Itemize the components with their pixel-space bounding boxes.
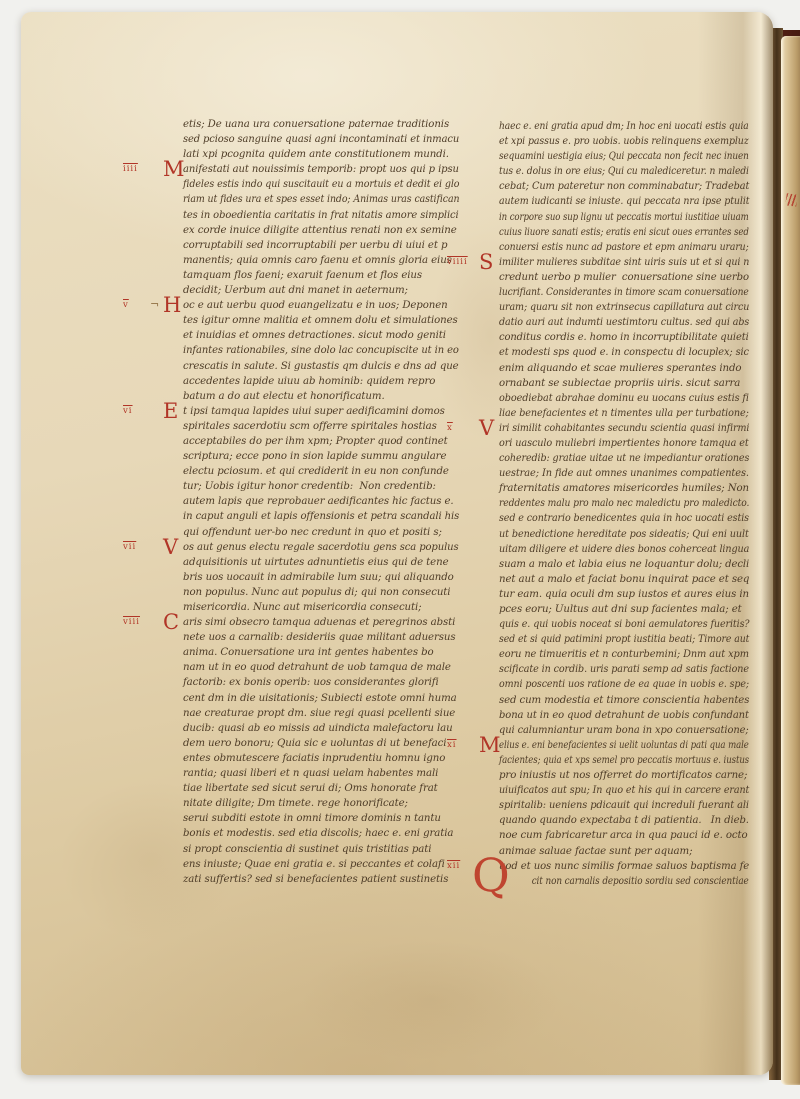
text-line: si propt conscientia di sustinet quis tr… [183,842,459,857]
text-line: tur; Uobis igitur honor credentib: Non c… [183,479,459,494]
text-line: ut benedictione hereditate pos sideatis;… [499,527,736,542]
text-line: coheredib: gratiae uitae ut ne impediant… [499,451,733,466]
margin-chapter-numeral: viiii [447,258,468,267]
text-line: scriptura; ecce pono in sion lapide summ… [183,449,459,464]
photo-background: { "colors":{ "background":"#f1f1ee","par… [0,0,800,1099]
manuscript-paragraph: haec e. eni gratia apud dm; In hoc eni u… [499,119,749,255]
text-line: fideles estis indo qui suscitauit eu a m… [183,177,440,192]
right-text-column: haec e. eni gratia apud dm; In hoc eni u… [499,119,749,889]
text-line: autem lapis que reprobauer aedificantes … [183,494,459,509]
text-line: misericordia. Nunc aut misericordia cons… [183,600,459,615]
text-line: ornabant se subiectae propriis uiris. si… [499,376,749,391]
text-line: uram; quaru sit non extrinsecus capillat… [499,300,732,315]
rubric-initial: M [479,735,500,756]
text-line: pro iniustis ut nos offerret do mortific… [499,768,749,783]
text-line: tur eam. quia oculi dm sup iustos et aur… [499,587,749,602]
text-line: enim aliquando et scae mulieres sperante… [499,361,749,376]
text-line: oc e aut uerbu quod euangelizatu e in uo… [183,298,459,313]
text-line: non populus. Nunc aut populus di; qui no… [183,585,459,600]
text-line: uitam diligere et uidere dies bonos cohe… [499,542,735,557]
manuscript-paragraph: iiiiManifestati aut nouissimis temporib:… [183,162,459,298]
rubric-initial: Q [472,852,510,898]
text-line: haec e. eni gratia apud dm; In hoc eni u… [499,119,723,134]
text-line: uiuificatos aut spu; In quo et his qui i… [499,783,733,798]
margin-chapter-numeral: xii [447,862,460,871]
left-text-column: etis; De uana ura conuersatione paternae… [183,117,459,887]
text-line: tes igitur omne malitia et omnem dolu et… [183,313,459,328]
text-line: sed et si quid patimini propt iustitia b… [499,632,729,647]
text-line: spiritalib: ueniens pdicauit qui incredu… [499,798,740,813]
margin-chapter-numeral: iiii [123,165,138,174]
rubric-initial: C [163,612,179,633]
manuscript-paragraph: xViri similit cohabitantes secundu scien… [499,421,749,738]
rubric-initial: S [479,252,493,273]
manuscript-paragraph: viEt ipsi tamqua lapides uiui super aedi… [183,404,459,540]
text-line: adquisitionis ut uirtutes adnuntietis ei… [183,555,459,570]
text-line: cuius liuore sanati estis; eratis eni si… [499,225,711,240]
text-line: factorib: ex bonis operib: uos considera… [183,675,459,690]
margin-chapter-numeral: viii [123,618,140,627]
text-line: datio auri aut indumti uestimtoru cultus… [499,315,733,330]
text-line: pces eoru; Uultus aut dni sup facientes … [499,602,749,617]
text-line: animae saluae factae sunt per aquam; [499,844,749,859]
text-line: qui offendunt uer-bo nec credunt in quo … [183,525,459,540]
text-line: etis; De uana ura conuersatione paternae… [183,117,459,132]
text-line: et xpi passus e. pro uobis. uobis relinq… [499,134,730,149]
text-line: bona ut in eo quod detrahunt de uobis co… [499,708,744,723]
text-line: tes in oboedientia caritatis in frat nit… [183,208,452,223]
text-line: et modesti sps quod e. in conspectu di l… [499,345,739,360]
text-line: accedentes lapide uiuu ab hominib: quide… [183,374,459,389]
text-line: spiritales sacerdotiu scm offerre spirit… [183,419,459,434]
text-line: crescatis in salute. Si gustastis qm dul… [183,359,458,374]
text-line: tamquam flos faeni; exaruit faenum et fl… [183,268,459,283]
text-line: serui subditi estote in omni timore domi… [183,811,459,826]
text-line: net aut a malo et faciat bonu inquirat p… [499,572,749,587]
text-line: nae creaturae propt dm. siue regi quasi … [183,706,459,721]
margin-chapter-numeral: x [447,424,453,433]
text-line: lati xpi pcognita quidem ante constituti… [183,147,459,162]
text-line: nitate diligite; Dm timete. rege honorif… [183,796,459,811]
text-line: liae benefacientes et n timentes ulla pe… [499,406,736,421]
text-line: ens iniuste; Quae eni gratia e. si pecca… [183,857,459,872]
margin-chapter-numeral: vii [123,543,136,552]
text-line: conditus cordis e. homo in incorruptibil… [499,330,743,345]
text-line: corruptabili sed incorruptabili per uerb… [183,238,459,253]
text-line: dem uero bonoru; Quia sic e uoluntas di … [183,736,459,751]
text-line: reddentes malu pro malo nec maledictu pr… [499,496,724,511]
text-line: zati suffertis? sed si benefacientes pat… [183,872,459,887]
manuscript-paragraph: v¬Hoc e aut uerbu quod euangelizatu e in… [183,298,459,404]
text-line: tus e. dolus in ore eius; Qui cu maledic… [499,164,724,179]
text-line: facientes; quia et xps semel pro peccati… [499,753,709,768]
manuscript-paragraph: xiiQuod et uos nunc similis formae saluo… [499,859,749,889]
text-line: nete uos a carnalib: desideriis quae mil… [183,630,459,645]
text-line: bonis et modestis. sed etia discolis; ha… [183,826,459,841]
text-line: fraternitatis amatores misericordes humi… [499,481,748,496]
text-line: anima. Conuersatione ura int gentes habe… [183,645,459,660]
text-line: anifestati aut nouissimis temporib: prop… [183,162,454,177]
text-line: cit non carnalis depositio sordiu sed co… [499,874,716,889]
rubric-initial: M [163,159,184,180]
manuscript-paragraph: etis; De uana ura conuersatione paternae… [183,117,459,162]
text-line: riam ut fides ura et spes esset indo; An… [183,192,438,207]
text-line: entes obmutescere faciatis inprudentiu h… [183,751,459,766]
manuscript-paragraph: xiMelius e. eni benefacientes si uelit u… [499,738,749,859]
text-line: quando quando expectaba t di patientia. … [499,813,746,828]
text-line: omni poscenti uos ratione de ea quae in … [499,677,731,692]
text-line: infantes rationabiles, sine dolo lac con… [183,343,453,358]
text-line: nam ut in eo quod detrahunt de uob tamqu… [183,660,459,675]
text-line: lucrifiant. Considerantes in timore scam… [499,285,722,300]
text-line: electu pciosum. et qui crediderit in eu … [183,464,459,479]
text-line: qui calumniantur uram bona in xpo conuer… [499,723,741,738]
text-line: rantia; quasi liberi et n quasi uelam ha… [183,766,459,781]
margin-chapter-numeral: vi [123,407,133,416]
text-line: in caput anguli et lapis offensionis et … [183,509,455,524]
text-line: ori uasculo muliebri impertientes honore… [499,436,737,451]
rubric-initial: V [163,537,178,558]
text-line: cent dm in die uisitationis; Subiecti es… [183,691,459,706]
facing-page-edge [781,36,800,1085]
text-line: os aut genus electu regale sacerdotiu ge… [183,540,454,555]
manuscript-paragraph: viiiCaris simi obsecro tamqua aduenas et… [183,615,459,887]
text-line: aris simi obsecro tamqua aduenas et pere… [183,615,459,630]
text-line: sed pcioso sanguine quasi agni incontami… [183,132,451,147]
text-line: bris uos uocauit in admirabile lum suu; … [183,570,459,585]
rubric-initial: H [163,295,181,316]
facing-page-rubric-mark [785,193,798,206]
manuscript-paragraph: viiiiSimiliter mulieres subditae sint ui… [499,255,749,421]
text-line: decidit; Uerbum aut dni manet in aeternu… [183,283,459,298]
text-line: in corpore suo sup lignu ut peccatis mor… [499,210,709,225]
text-line: ex corde inuice diligite attentius renat… [183,223,459,238]
text-line: acceptabiles do per ihm xpm; Propter quo… [183,434,459,449]
text-line: imiliter mulieres subditae sint uiris su… [499,255,732,270]
text-line: iri similit cohabitantes secundu scienti… [499,421,731,436]
text-line: conuersi estis nunc ad pastore et epm an… [499,240,727,255]
text-line: oboediebat abrahae dominu eu uocans cuiu… [499,391,737,406]
text-line: sequamini uestigia eius; Qui peccata non… [499,149,717,164]
text-line: elius e. eni benefacientes si uelit uolu… [499,738,709,753]
rubric-initial: E [163,401,178,422]
text-line: quis e. qui uobis noceat si boni aemulat… [499,617,733,632]
text-line: sed cum modestia et timore conscientia h… [499,693,748,708]
text-line: uod et uos nunc similis formae saluos ba… [499,859,746,874]
text-line: batum a do aut electu et honorificatum. [183,389,459,404]
text-line: noe cum fabricaretur arca in qua pauci i… [499,828,749,843]
text-line: credunt uerbo p mulier conuersatione sin… [499,270,746,285]
text-line: uestrae; In fide aut omnes unanimes comp… [499,466,739,481]
margin-chapter-numeral: v [123,301,129,310]
text-line: sed e contrario benedicentes quia in hoc… [499,511,733,526]
text-line: autem iudicanti se iniuste. qui peccata … [499,194,730,209]
text-line: cebat; Cum pateretur non comminabatur; T… [499,179,738,194]
text-line: scificate in cordib. uris parati semp ad… [499,662,734,677]
text-line: ducib: quasi ab eo missis ad uindicta ma… [183,721,459,736]
text-line: tiae libertate sed sicut serui di; Oms h… [183,781,459,796]
manuscript-paragraph: viiVos aut genus electu regale sacerdoti… [183,540,459,615]
text-line: eoru ne timueritis et n conturbemini; Dn… [499,647,739,662]
text-line: et inuidias et omnes detractiones. sicut… [183,328,459,343]
text-line: manentis; quia omnis caro faenu et omnis… [183,253,459,268]
rubric-initial: V [479,418,494,439]
text-line: t ipsi tamqua lapides uiui super aedific… [183,404,459,419]
margin-paragraph-mark: ¬ [150,299,159,310]
text-line: suam a malo et labia eius ne loquantur d… [499,557,746,572]
margin-chapter-numeral: xi [447,741,457,750]
